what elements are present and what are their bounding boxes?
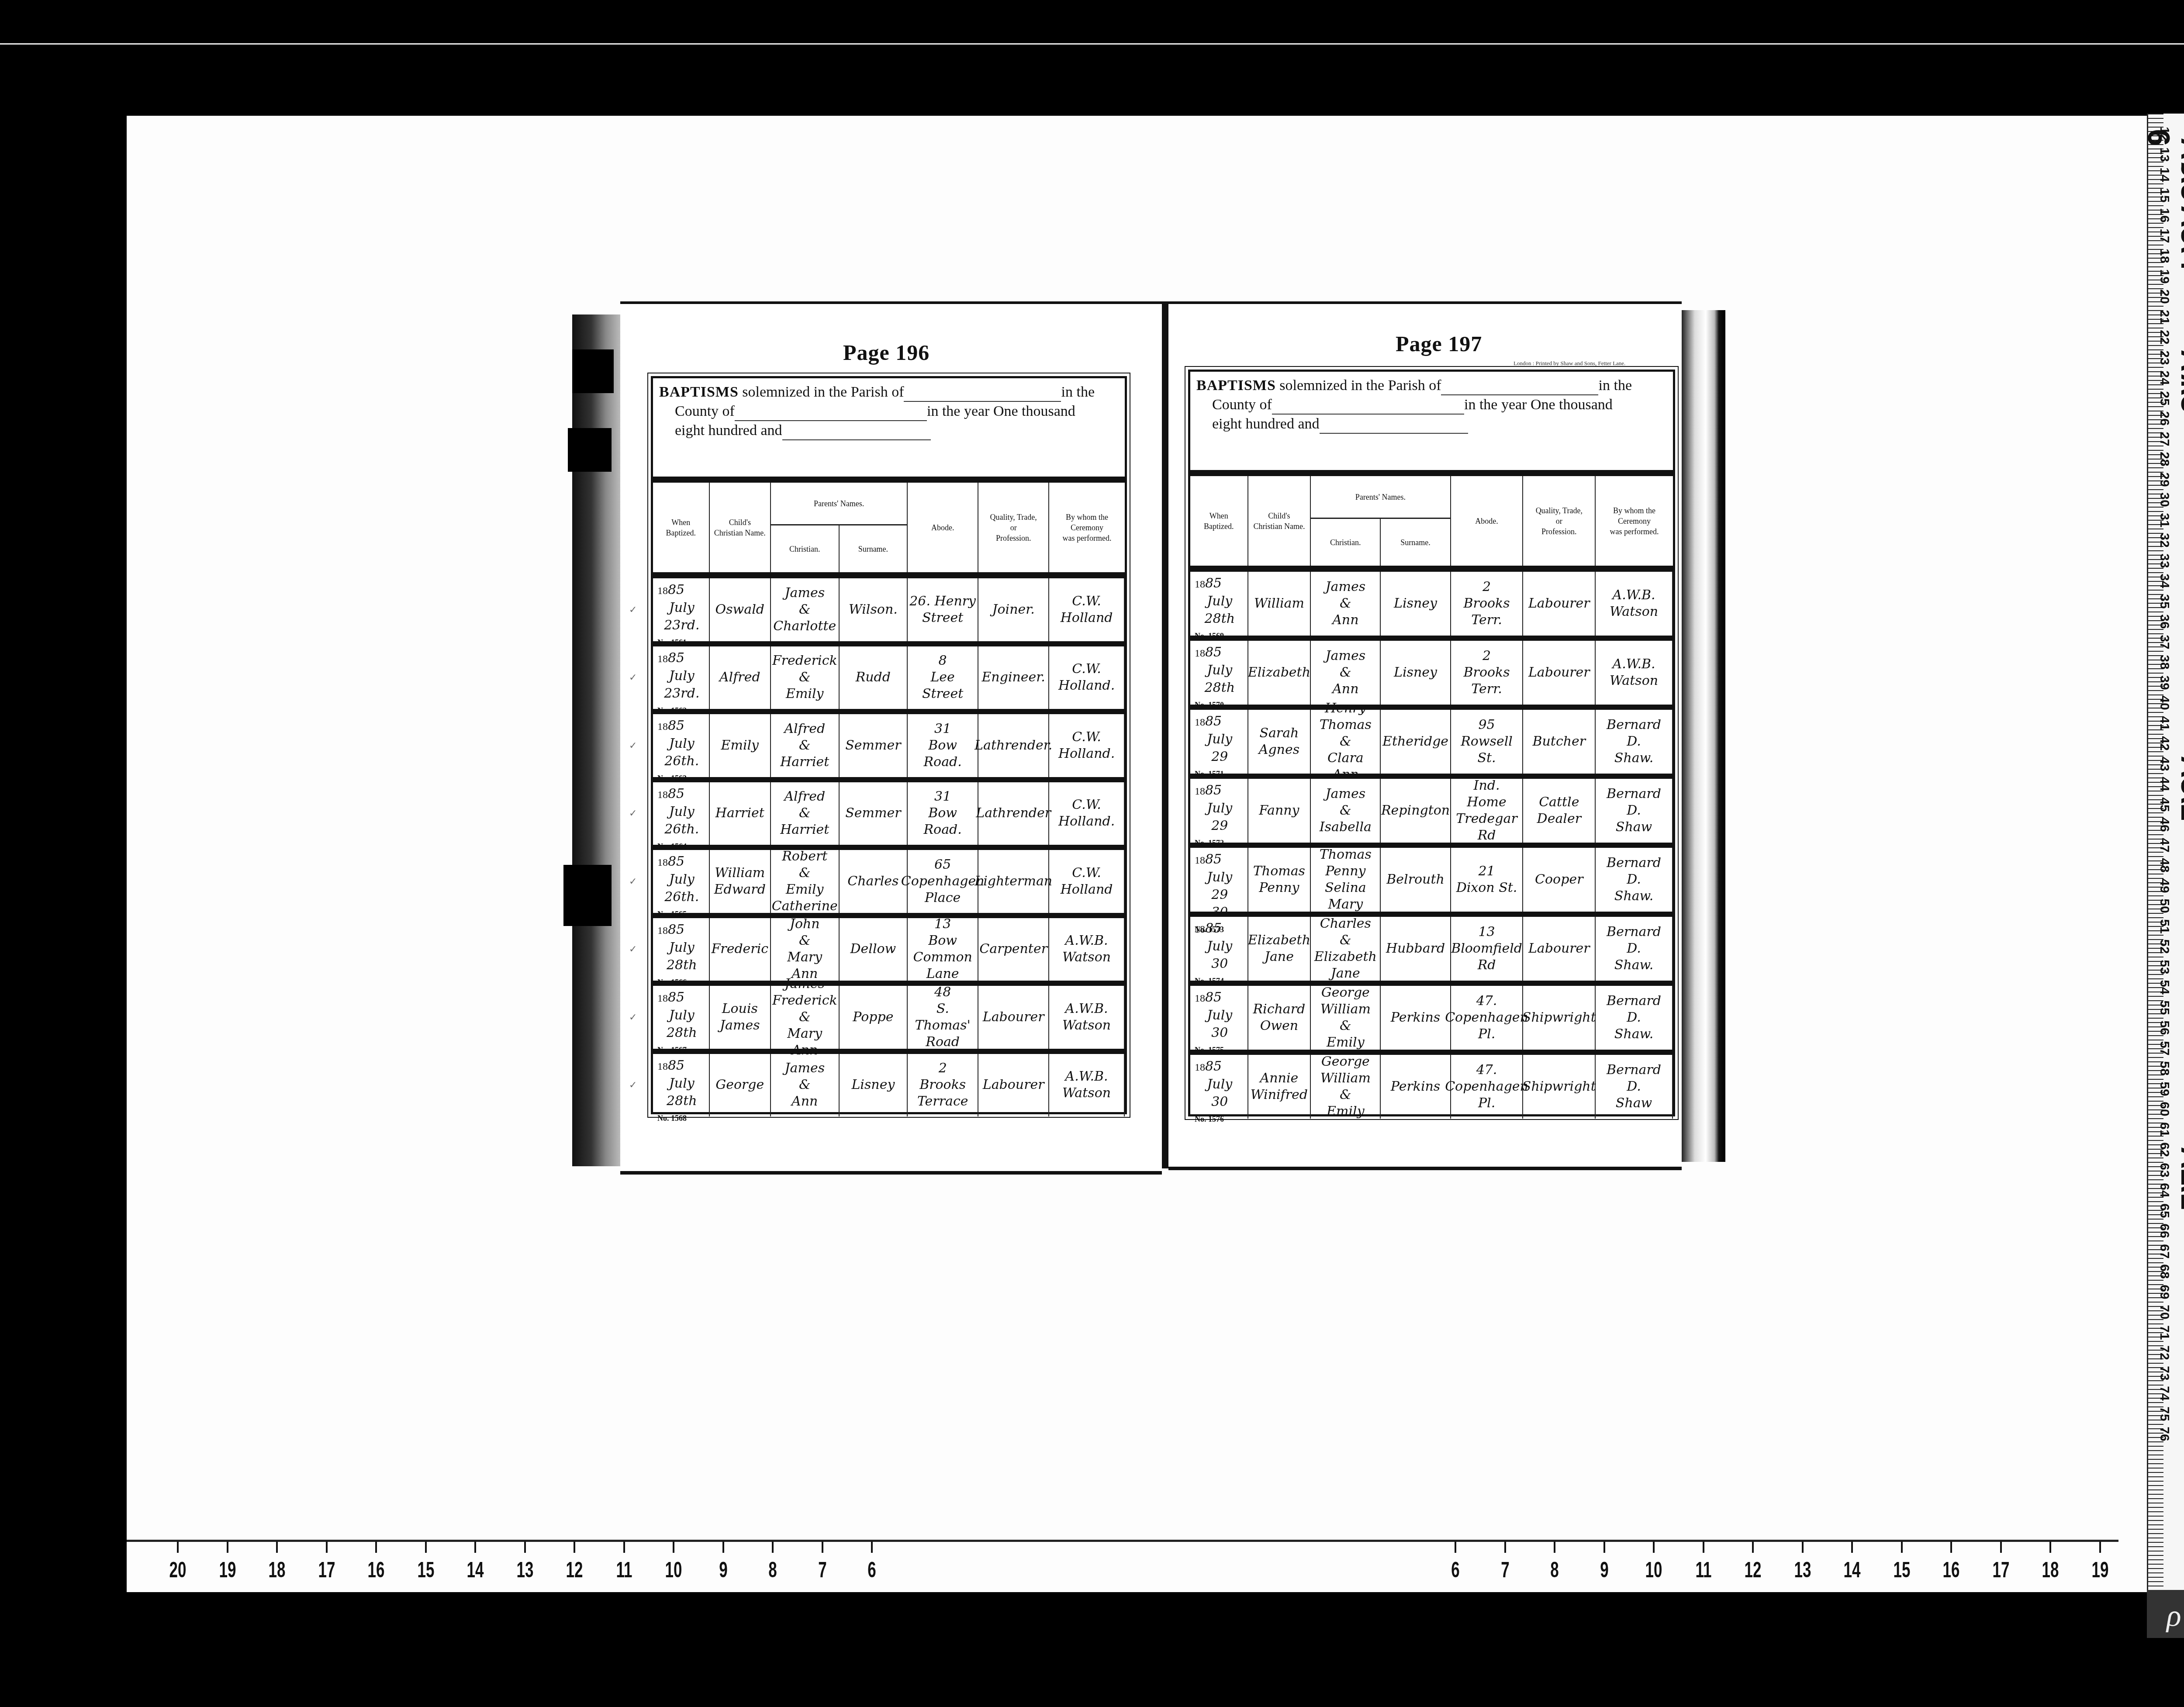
ruler-label: 11 [1695,1557,1711,1583]
cell-parents-christian: George William & Emily [1311,1055,1381,1119]
cell-abode: 2 Brooks Terrace [908,1054,978,1117]
baptism-date: July 23rd. [664,667,699,702]
ruler-cm-label: 74 [2157,1386,2172,1400]
header-profession: Quality, Trade, or Profession. [978,483,1049,572]
ruler-label: 13 [1794,1557,1811,1583]
preamble-text: in the year One thousand [1464,395,1613,415]
baptism-date: July 28th [667,1007,697,1042]
cell-parents-christian: Robert & Emily Catherine [771,850,840,913]
ruler-label: 14 [467,1557,484,1583]
cell-when-baptized: 1885 July 28th No. 1566 [653,918,710,981]
cell-abode: 2 Brooks Terr. [1451,572,1524,636]
header-officiant: By whom the Ceremony was performed. [1596,476,1673,566]
cell-parents-surname: Hubbard [1381,917,1451,981]
book-page-edges-right [1682,310,1725,1162]
cell-child-name: Sarah Agnes [1248,710,1311,774]
cell-when-baptized: 1885 July 29 30 No. 1573 [1190,848,1248,912]
cell-parents-christian: Alfred & Harriet [771,714,840,777]
ruler-cm-label: 18 [2157,249,2172,263]
cell-officiant: A.W.B. Watson [1596,641,1673,705]
ruler-label: 17 [1992,1557,2009,1583]
ruler-label: 16 [1943,1557,1960,1583]
ruler-cm-label: 57 [2157,1041,2172,1055]
ruler-cm-label: 72 [2157,1345,2172,1360]
entry-number: No. 1568 [657,1110,687,1126]
year-label: 1885 [1195,920,1222,938]
header-profession: Quality, Trade, or Profession. [1523,476,1596,566]
preamble-heading: BAPTISMS [659,383,739,402]
cell-when-baptized: 1885 July 28th No. 1570 [1190,641,1248,705]
ruler-cm-label: 22 [2157,330,2172,344]
year-label: 1885 [657,582,684,599]
preamble-heading: BAPTISMS [1196,376,1276,395]
cell-when-baptized: 1885 July 23rd. No. 1561 [653,578,710,641]
ruler-paper-size-label: A2 [2174,782,2184,821]
ruler-tick [623,1541,625,1553]
ruler-label: 15 [417,1557,434,1583]
ruler-cm-label: 16 [2157,208,2172,222]
entry-number: No. 1576 [1195,1111,1224,1127]
vertical-scale-ruler: 6567891011121314151617181920212223242526… [2147,114,2184,1590]
ruler-tick [1554,1541,1555,1553]
check-mark-icon: ✓ [629,1012,637,1023]
check-mark-icon: ✓ [629,944,637,955]
check-mark-icon: ✓ [629,808,637,819]
scan-artifact-line [0,43,2184,45]
ruler-cm-label: 31 [2157,513,2172,527]
ruler-cm-label: 52 [2157,939,2172,954]
ruler-cm-label: 27 [2157,432,2172,446]
header-parents-surname: Surname. [1381,519,1450,566]
header-parents-surname: Surname. [840,525,907,572]
cell-profession: Labourer [1523,572,1596,636]
year-label: 1885 [657,650,684,667]
cell-abode: 21 Dixon St. [1451,848,1524,912]
cell-parents-surname: Perkins [1381,986,1451,1050]
horizontal-scale-ruler: 2019181716151413121110987667891011121314… [127,1540,2118,1592]
header-parents-christian: Christian. [1311,519,1381,566]
cell-child-name: Thomas Penny [1248,848,1311,912]
register-entry-row: 1885 July 30 No. 1575 Richard Owen Georg… [1190,986,1673,1055]
ruler-cm-label: 36 [2157,614,2172,629]
cell-officiant: A.W.B. Watson [1049,1054,1125,1117]
cell-child-name: Harriet [710,782,771,845]
ruler-tick [772,1541,774,1553]
ruler-cm-label: 38 [2157,655,2172,669]
cell-abode: 47. Copenhagen Pl. [1451,986,1524,1050]
preamble-text: County of [675,402,735,421]
binding-clip-icon [563,865,612,926]
cell-parents-surname: Poppe [840,986,908,1049]
cell-parents-christian: James & Charlotte [771,578,840,641]
preamble-text: in the year One thousand [927,402,1075,421]
ruler-paper-size-label: A4 [2174,232,2184,270]
baptism-date: July 29 [1207,800,1232,835]
cell-parents-christian: Thomas Penny Selina Mary [1311,848,1381,912]
cell-officiant: C.W. Holland [1049,850,1125,913]
ruler-label: 9 [1600,1557,1608,1583]
ruler-label: 6 [1451,1557,1459,1583]
ruler-cm-label: 14 [2157,167,2172,182]
ruler-label: 12 [1745,1557,1762,1583]
baptism-date: July 30 [1207,1076,1232,1111]
ruler-cm-label: 62 [2157,1142,2172,1157]
ruler-cm-label: 68 [2157,1264,2172,1279]
ruler-cm-label: 26 [2157,411,2172,425]
cell-profession: Butcher [1523,710,1596,774]
cell-parents-christian: Charles & Elizabeth Jane [1311,917,1381,981]
baptism-date: July 28th [1195,593,1245,628]
ruler-tick [1802,1541,1804,1553]
ruler-paper-size-label: A5 [2174,162,2184,200]
ruler-tick [1703,1541,1704,1553]
preamble-text: in the [1061,383,1094,402]
cell-officiant: Bernard D. Shaw. [1596,986,1673,1050]
ruler-cm-label: 75 [2157,1406,2172,1421]
ruler-label: 13 [516,1557,533,1583]
ruler-cm-label: 39 [2157,675,2172,690]
cell-abode: 65 Copenhagen Place [908,850,978,913]
cell-officiant: C.W. Holland. [1049,782,1125,845]
county-blank-field [1272,401,1464,415]
ruler-cm-label: 65 [2157,1203,2172,1218]
baptism-date: July 29 30 [1207,869,1232,921]
ruler-cm-label: 70 [2157,1305,2172,1319]
ruler-cm-label: 41 [2157,716,2172,730]
year-label: 1885 [1195,644,1222,662]
register-entry-row: 1885 July 28th No. 1566 Frederic John & … [653,918,1125,986]
cell-officiant: C.W. Holland. [1049,714,1125,777]
ruler-cm-label: 37 [2157,635,2172,649]
cell-officiant: C.W. Holland [1049,578,1125,641]
header-child-name: Child's Christian Name. [1248,476,1311,566]
cell-abode: 48 S. Thomas' Road [908,986,978,1049]
cell-parents-surname: Etheridge [1381,710,1451,774]
header-abode: Abode. [908,483,978,572]
cell-profession: Shipwright [1523,986,1596,1050]
cell-child-name: Richard Owen [1248,986,1311,1050]
ruler-cm-label: 67 [2157,1244,2172,1258]
ruler-tick [1901,1541,1903,1553]
printer-imprint: London : Printed by Shaw and Sons, Fette… [1514,360,1625,367]
cell-abode: 31 Bow Road. [908,714,978,777]
ruler-tick [574,1541,575,1553]
page-title: Page 196 [843,340,930,365]
header-parents-names: Parents' Names. [771,483,907,525]
cell-officiant: A.W.B. Watson [1049,986,1125,1049]
header-when-baptized: When Baptized. [1190,476,1248,566]
ruler-paper-size-label: A3 [2174,373,2184,412]
ruler-tick [2049,1541,2051,1553]
register-book: Page 196 BAPTISMS solemnized in the Pari… [563,301,1734,1175]
binding-clip-icon [572,349,614,393]
ruler-tick [524,1541,526,1553]
ruler-label: 14 [1844,1557,1861,1583]
column-headers: When Baptized. Child's Christian Name. P… [1190,476,1673,572]
ruler-label: 18 [2042,1557,2059,1583]
cell-parents-surname: Charles [840,850,908,913]
cell-child-name: Louis James [710,986,771,1049]
cell-child-name: George [710,1054,771,1117]
ruler-cm-label: 58 [2157,1061,2172,1075]
ruler-paper-size-label: A1 [2174,1171,2184,1209]
ruler-cm-label: 33 [2157,553,2172,568]
cell-when-baptized: 1885 July 30 No. 1575 [1190,986,1248,1050]
year-blank-field [1320,420,1468,434]
cell-abode: 2 Brooks Terr. [1451,641,1524,705]
cell-officiant: Bernard D. Shaw. [1596,848,1673,912]
ruler-cm-label: 20 [2157,289,2172,304]
ruler-cm-label: 53 [2157,960,2172,974]
cell-officiant: C.W. Holland. [1049,646,1125,709]
year-label: 1885 [657,989,684,1007]
register-entry-row: 1885 July 30 No. 1574 Elizabeth Jane Cha… [1190,917,1673,986]
ruler-cm-label: 55 [2157,1000,2172,1015]
baptism-date: July 28th [667,1075,697,1110]
baptism-register-table: BAPTISMS solemnized in the Parish ofin t… [651,376,1127,1114]
cell-profession: Labourer [978,1054,1049,1117]
cell-child-name: Emily [710,714,771,777]
ruler-cm-label: 64 [2157,1183,2172,1197]
cell-when-baptized: 1885 July 26th. No. 1565 [653,850,710,913]
cell-officiant: A.W.B. Watson [1596,572,1673,636]
year-label: 1885 [1195,713,1222,731]
ruler-tick [1653,1541,1655,1553]
ruler-cm-label: 15 [2157,188,2172,202]
cell-abode: 31 Bow Road. [908,782,978,845]
cell-parents-surname: Rudd [840,646,908,709]
cell-profession: Shipwright [1523,1055,1596,1119]
baptism-date: July 23rd. [664,599,699,634]
ruler-label: 8 [1550,1557,1559,1583]
book-gutter [1162,301,1168,1168]
cell-when-baptized: 1885 July 30 No. 1576 [1190,1055,1248,1119]
cell-parents-surname: Semmer [840,714,908,777]
cell-parents-surname: Lisney [840,1054,908,1117]
cell-parents-surname: Belrouth [1381,848,1451,912]
ruler-tick [1752,1541,1754,1553]
ruler-cm-label: 48 [2157,858,2172,872]
year-label: 1885 [1195,782,1222,800]
preamble-text: in the [1598,376,1631,395]
ruler-cm-label: 59 [2157,1082,2172,1096]
ruler-cm-label: 51 [2157,919,2172,933]
year-label: 1885 [657,718,684,735]
cell-child-name: Alfred [710,646,771,709]
check-mark-icon: ✓ [629,1080,637,1091]
check-mark-icon: ✓ [629,672,637,683]
cell-child-name: Elizabeth Jane [1248,917,1311,981]
ruler-label: 10 [665,1557,682,1583]
register-entry-row: 1885 July 28th No. 1569 William James & … [1190,572,1673,641]
register-entries: 1885 July 23rd. No. 1561 Oswald James & … [653,578,1125,1116]
ruler-label: 15 [1893,1557,1910,1583]
ruler-label: 19 [2091,1557,2108,1583]
ruler-tick [1455,1541,1456,1553]
register-preamble: BAPTISMS solemnized in the Parish ofin t… [653,378,1125,483]
preamble-text: County of [1212,395,1272,415]
cell-when-baptized: 1885 July 23rd. No. 1562 [653,646,710,709]
ruler-cm-label: 12 [2157,127,2172,141]
cell-abode: 47. Copenhagen Pl. [1451,1055,1524,1119]
ruler-cm-label: 43 [2157,757,2172,771]
cell-profession: Labourer [1523,917,1596,981]
ruler-cm-label: 30 [2157,492,2172,507]
ruler-cm-label: 21 [2157,310,2172,324]
cell-parents-surname: Repington [1381,779,1451,843]
ruler-tick [673,1541,674,1553]
register-entries: 1885 July 28th No. 1569 William James & … [1190,572,1673,1119]
register-entry-row: 1885 July 23rd. No. 1562 Alfred Frederic… [653,646,1125,715]
ruler-label: 6 [867,1557,876,1583]
baptism-date: July 26th. [664,735,699,770]
cell-when-baptized: 1885 July 26th. No. 1563 [653,714,710,777]
cell-parents-surname: Wilson. [840,578,908,641]
cell-profession: Lathrender. [978,714,1049,777]
ruler-tick [425,1541,427,1553]
cell-parents-surname: Lisney [1381,572,1451,636]
ruler-label: 17 [318,1557,335,1583]
ruler-label: 8 [768,1557,777,1583]
ruler-cm-label: 28 [2157,452,2172,466]
county-blank-field [735,407,927,421]
cell-abode: 13 Bow Common Lane [908,918,978,981]
year-label: 1885 [657,1057,684,1075]
ruler-tick [474,1541,476,1553]
ruler-cm-label: 63 [2157,1163,2172,1177]
cell-abode: 8 Lee Street [908,646,978,709]
ruler-label: 12 [566,1557,583,1583]
preamble-text: eight hundred and [675,421,782,440]
cell-officiant: Bernard D. Shaw [1596,779,1673,843]
register-entry-row: 1885 July 29 30 No. 1573 Thomas Penny Th… [1190,848,1673,917]
ruler-cm-label: 29 [2157,472,2172,487]
preamble-text: eight hundred and [1212,415,1320,434]
cell-when-baptized: 1885 July 30 No. 1574 [1190,917,1248,981]
ruler-tick [871,1541,873,1553]
ruler-cm-label: 76 [2157,1427,2172,1441]
cell-parents-christian: James & Ann [771,1054,840,1117]
ruler-tick [276,1541,278,1553]
cell-profession: Joiner. [978,578,1049,641]
cell-when-baptized: 1885 July 26th. No. 1564 [653,782,710,845]
ruler-tick [2099,1541,2101,1553]
register-entry-row: 1885 July 28th No. 1567 Louis James Jame… [653,986,1125,1054]
ruler-cm-label: 42 [2157,736,2172,750]
register-entry-row: 1885 July 26th. No. 1565 William Edward … [653,850,1125,918]
check-mark-icon: ✓ [629,605,637,615]
ruler-cm-label: 69 [2157,1285,2172,1299]
ruler-cm-label: 25 [2157,391,2172,405]
ruler-tick [1603,1541,1605,1553]
ruler-label: 16 [368,1557,385,1583]
cell-profession: Labourer [1523,641,1596,705]
register-preamble: BAPTISMS solemnized in the Parish ofin t… [1190,372,1673,476]
ruler-label: 7 [1501,1557,1509,1583]
cell-abode: 13 Bloomfield Rd [1451,917,1524,981]
ruler-tick [2000,1541,2002,1553]
ruler-cm-label: 44 [2157,777,2172,791]
cell-profession: Carpenter [978,918,1049,981]
cell-parents-christian: James & Ann [1311,572,1381,636]
ruler-tick [1950,1541,1952,1553]
cell-abode: 26. Henry Street [908,578,978,641]
baptism-date: July 28th [1205,662,1235,697]
year-label: 1885 [1195,1058,1222,1076]
baptism-date: July 30 [1207,1007,1232,1042]
column-headers: When Baptized. Child's Christian Name. P… [653,483,1125,578]
ruler-cm-label: 24 [2157,370,2172,385]
ruler-cm-label: 34 [2157,574,2172,588]
baptism-date: July 29 [1207,731,1232,766]
cell-parents-surname: Semmer [840,782,908,845]
ruler-cm-label: 17 [2157,228,2172,243]
baptism-register-table: BAPTISMS solemnized in the Parish ofin t… [1188,370,1675,1116]
preamble-text: solemnized in the Parish of [742,383,904,402]
register-entry-row: 1885 July 29 No. 1572 Fanny James & Isab… [1190,779,1673,848]
cell-officiant: Bernard D. Shaw [1596,1055,1673,1119]
ruler-tick [375,1541,377,1553]
header-parents: Parents' Names. Christian. Surname. [771,483,908,572]
ruler-cm-label: 60 [2157,1102,2172,1116]
cell-parents-surname: Dellow [840,918,908,981]
ruler-cm-label: 46 [2157,817,2172,832]
header-parents-names: Parents' Names. [1311,476,1450,519]
ruler-cm-label: 54 [2157,980,2172,994]
cell-parents-christian: James Frederick & Mary Ann [771,986,840,1049]
preamble-text: solemnized in the Parish of [1279,376,1441,395]
year-label: 1885 [657,786,684,803]
scan-mark: ρ [2167,1599,2181,1634]
cell-abode: Ind. Home Tredegar Rd [1451,779,1524,843]
year-label: 1885 [1195,989,1222,1007]
ruler-cm-label: 19 [2157,269,2172,283]
ruler-tick [722,1541,724,1553]
ruler-cm-label: 23 [2157,350,2172,365]
header-when-baptized: When Baptized. [653,483,710,572]
ruler-cm-label: 40 [2157,695,2172,710]
ruler-cm-label: 61 [2157,1122,2172,1137]
cell-profession: Cooper [1523,848,1596,912]
year-label: 1885 [657,922,684,939]
ruler-tick [1851,1541,1853,1553]
ruler-label: 20 [169,1557,187,1583]
right-page: Page 197 London : Printed by Shaw and So… [1168,301,1682,1170]
register-entry-row: 1885 July 29 No. 1571 Sarah Agnes Henry … [1190,710,1673,779]
cell-when-baptized: 1885 July 29 No. 1572 [1190,779,1248,843]
ruler-tick [822,1541,823,1553]
ruler-cm-label: 56 [2157,1020,2172,1035]
cell-when-baptized: 1885 July 28th No. 1568 [653,1054,710,1117]
header-parents-christian: Christian. [771,525,840,572]
cell-profession: Cattle Dealer [1523,779,1596,843]
cell-profession: Labourer [978,986,1049,1049]
ruler-label: 19 [219,1557,236,1583]
parish-blank-field [904,388,1061,402]
cell-child-name: Oswald [710,578,771,641]
ruler-cm-label: 49 [2157,878,2172,893]
cell-child-name: Frederic [710,918,771,981]
baptism-date: July 28th [667,939,697,974]
ruler-cm-label: 32 [2157,533,2172,547]
ruler-label: 7 [818,1557,826,1583]
ruler-cm-label: 45 [2157,797,2172,812]
ruler-cm-label: 47 [2157,838,2172,852]
ruler-tick [177,1541,179,1553]
baptism-date: July 26th. [664,803,699,838]
ruler-tick [227,1541,228,1553]
cell-child-name: Fanny [1248,779,1311,843]
